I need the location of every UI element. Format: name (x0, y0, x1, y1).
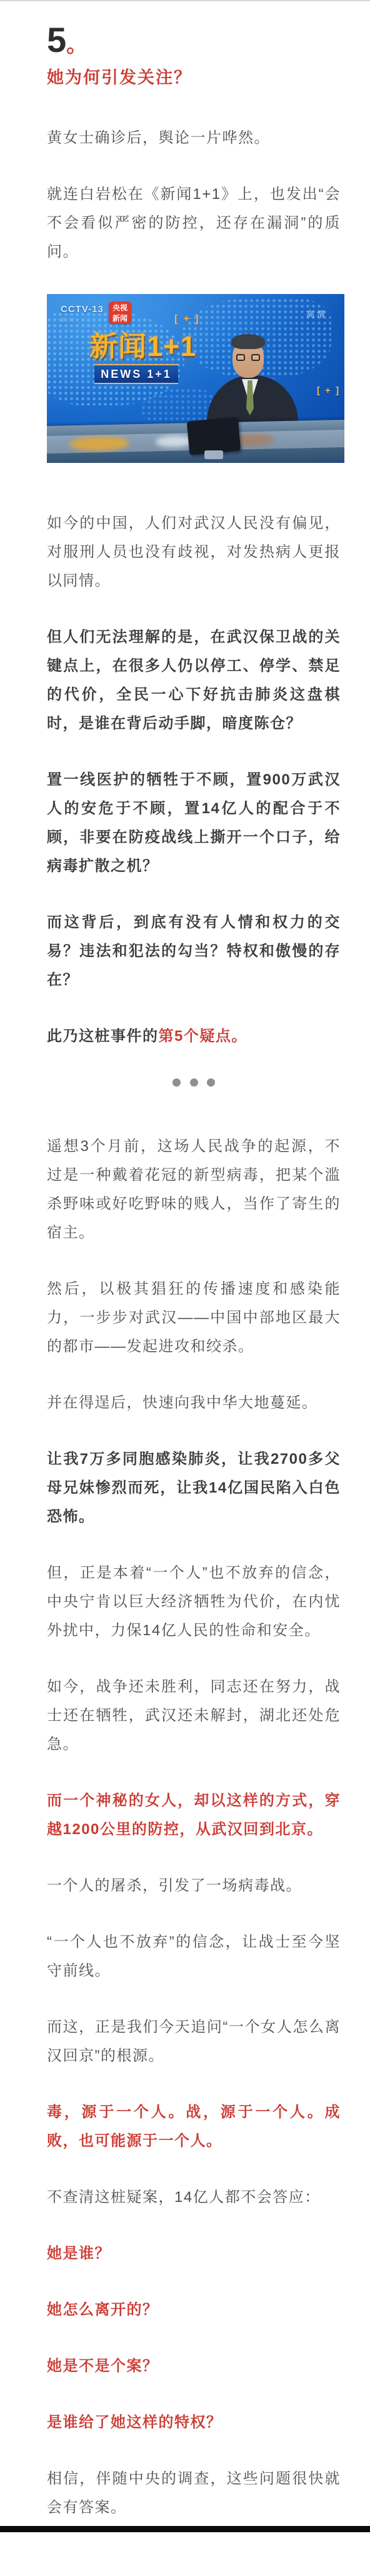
paragraph: 遥想3个月前，这场人民战争的起源，不过是一种戴着花冠的新型病毒，把某个滥杀野味或… (47, 1132, 341, 1247)
news-anchor-hair (231, 334, 265, 349)
section-title: 她为何引发关注？ (47, 65, 341, 90)
divider-dot-icon (172, 1078, 181, 1087)
paragraph-question: 她是不是个案？ (47, 2352, 341, 2381)
paragraph: 毒，源于一个人。战，源于一个人。成败，也可能源于一个人。 (47, 2098, 341, 2156)
cctv-news-badge: 央视新闻 (109, 302, 131, 324)
desk-monitor-stand (204, 450, 223, 459)
paragraph-question: 是谁给了她这样的特权？ (47, 2408, 341, 2437)
section-number: 5。 (47, 20, 341, 65)
paragraph: 但人们无法理解的是，在武汉保卫战的关键点上，在很多人仍以停工、停学、禁足的代价，… (47, 623, 341, 738)
paragraph: 让我7万多同胞感染肺炎，让我2700多父母兄妹惨烈而死，让我14亿国民陷入白色恐… (47, 1445, 341, 1531)
paragraph: 如今，战争还未胜利，同志还在努力，战士还在牺牲，武汉还未解封，湖北还处危急。 (47, 1673, 341, 1759)
paragraph: 而一个神秘的女人，却以这样的方式，穿越1200公里的防控，从武汉回到北京。 (47, 1787, 341, 1844)
divider-dot-icon (207, 1078, 215, 1087)
paragraph-question: 她是谁？ (47, 2239, 341, 2268)
paragraph: 如今的中国，人们对武汉人民没有偏见，对服刑人员也没有歧视，对发热病人更报以同情。 (47, 509, 341, 596)
desk-reflection-blob (156, 435, 193, 447)
article-body: 5。 她为何引发关注？ 黄女士确诊后，舆论一片哗然。 就连白岩松在《新闻1+1》… (0, 20, 370, 2522)
divider-dot-icon (190, 1078, 198, 1087)
plus-frame-icon: [ + ] (317, 385, 340, 396)
plus-frame-icon: [ + ] (174, 313, 200, 325)
paragraph: 然后，以极其猖狂的传播速度和感染能力，一步步对武汉——中国中部地区最大的都市——… (47, 1275, 341, 1361)
top-divider-line (0, 0, 370, 1)
paragraph-red-part: 第5个疑点。 (159, 1028, 247, 1045)
paragraph: 置一线医护的牺牲于不顾，置900万武汉人的安危于不顾，置14亿人的配合于不顾，非… (47, 766, 341, 881)
news-1plus1-logo-cn: 新闻1+1 (89, 332, 196, 362)
section-divider (47, 1078, 341, 1087)
paragraph: “一个人也不放弃”的信念，让战士至今坚守前线。 (47, 1928, 341, 1985)
paragraph: 并在得逞后，快速向我中华大地蔓延。 (47, 1389, 341, 1417)
paragraph: 相信，伴随中央的调查，这些问题很快就会有答案。 (47, 2465, 341, 2522)
paragraph: 黄女士确诊后，舆论一片哗然。 (47, 124, 341, 153)
hd-watermark: 高清 (306, 308, 327, 320)
cctv13-logo: CCTV-13新闻 (61, 304, 104, 324)
paragraph: 就连白岩松在《新闻1+1》上，也发出“会不会看似严密的防控，还存在漏洞”的质问。 (47, 180, 341, 266)
paragraph: 但，正是本着“一个人”也不放弃的信念，中央宁肯以巨大经济牺牲为代价，在内忧外扰中… (47, 1559, 341, 1645)
paragraph-dark-part: 此乃这桩事件的 (47, 1028, 159, 1045)
section-number-digit: 5 (47, 20, 66, 59)
paragraph-question: 她怎么离开的？ (47, 2296, 341, 2325)
page-container: 5。 她为何引发关注？ 黄女士确诊后，舆论一片哗然。 就连白岩松在《新闻1+1》… (0, 0, 370, 2532)
section-number-dot: 。 (66, 33, 87, 57)
paragraph: 而这，正是我们今天追问“一个女人怎么离汉回京”的根源。 (47, 2013, 341, 2071)
news-broadcast-image: CCTV-13新闻 央视新闻 [ + ] [ + ] 高清 新闻1+1 NEWS… (47, 294, 344, 463)
paragraph: 此乃这桩事件的第5个疑点。 (47, 1022, 341, 1051)
desk-reflection-blob (69, 435, 129, 452)
news-1plus1-logo-en: NEWS 1+1 (94, 364, 178, 384)
paragraph: 不查清这桩疑案，14亿人都不会答应： (47, 2183, 341, 2212)
paragraph: 而这背后，到底有没有人情和权力的交易？违法和犯法的勾当？特权和傲慢的存在？ (47, 908, 341, 995)
bottom-black-bar (0, 2526, 370, 2532)
news-anchor-glasses-icon (236, 354, 260, 362)
paragraph: 一个人的屠杀，引发了一场病毒战。 (47, 1872, 341, 1900)
cctv13-logo-sub: 新闻 (61, 316, 104, 324)
desk-monitor (187, 417, 241, 455)
